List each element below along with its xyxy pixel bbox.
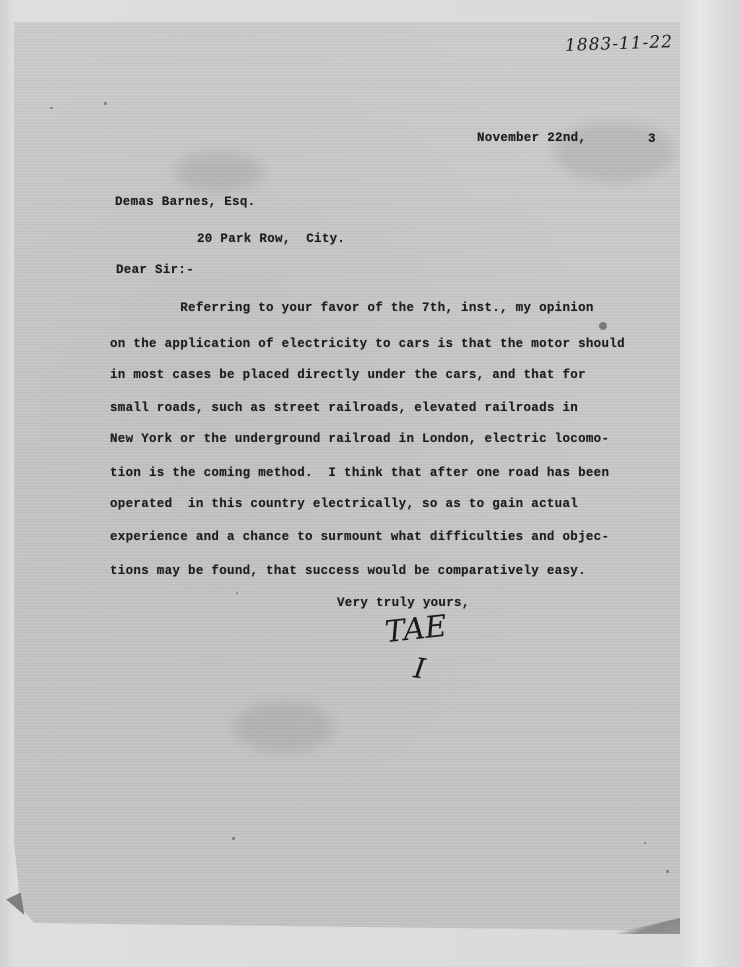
speck — [232, 837, 235, 840]
recipient-address: 20 Park Row, City. — [197, 232, 345, 246]
closing: Very truly yours, — [337, 596, 470, 610]
speck — [104, 102, 107, 105]
body-line: on the application of electricity to car… — [110, 337, 625, 351]
letter-date: November 22nd, — [477, 131, 586, 145]
speck — [644, 842, 646, 844]
speck — [50, 107, 53, 109]
body-line: in most cases be placed directly under t… — [110, 368, 586, 382]
body-line: small roads, such as street railroads, e… — [110, 401, 578, 415]
speck — [236, 592, 238, 594]
recipient-name: Demas Barnes, Esq. — [115, 195, 255, 209]
archive-id: 1883-11-22 — [565, 32, 674, 56]
body-line: New York or the underground railroad in … — [110, 432, 609, 446]
body-line: experience and a chance to surmount what… — [110, 530, 609, 544]
page-number: 3 — [648, 132, 656, 146]
body-line: tions may be found, that success would b… — [110, 564, 586, 578]
stain — [174, 152, 264, 192]
body-line: Referring to your favor of the 7th, inst… — [110, 301, 594, 315]
speck — [599, 322, 607, 330]
salutation: Dear Sir:- — [116, 263, 194, 277]
speck — [666, 870, 669, 873]
stain — [234, 702, 334, 752]
body-line: tion is the coming method. I think that … — [110, 466, 609, 480]
signature: TAE — [384, 612, 449, 648]
body-line: operated in this country electrically, s… — [110, 497, 578, 511]
